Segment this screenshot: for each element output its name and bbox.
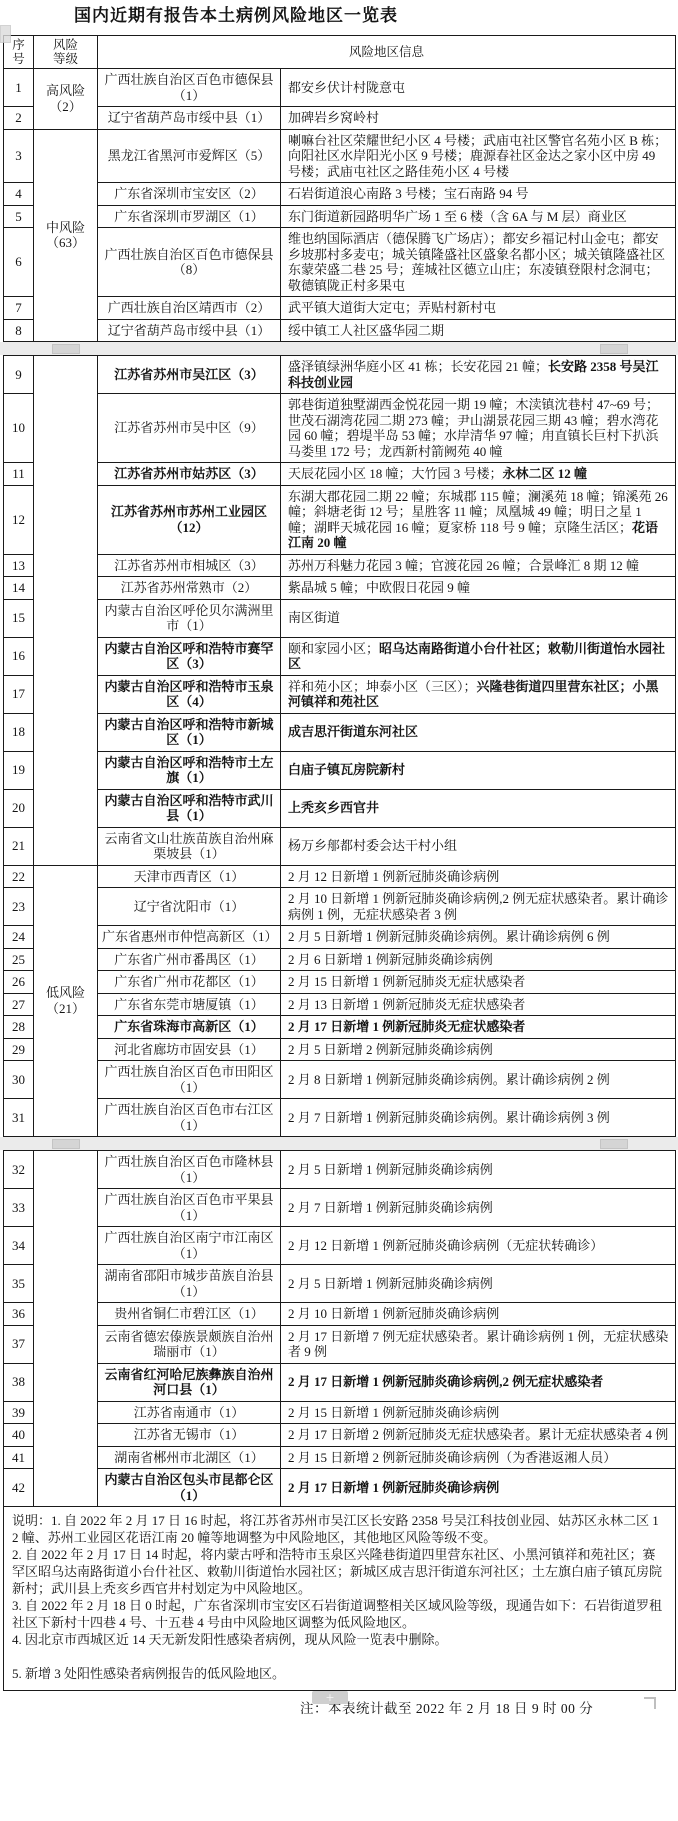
- info-text: 2 月 15 日新增 2 例新冠肺炎确诊病例（为香港返湘人员）: [288, 1450, 616, 1465]
- region-cell: 江苏省南通市（1）: [98, 1401, 281, 1424]
- row-number-cell: 9: [4, 356, 34, 394]
- info-text: 紫晶城 5 幢；中欧假日花园 9 幢: [288, 580, 470, 595]
- info-cell: 2 月 5 日新增 1 例新冠肺炎确诊病例: [281, 1265, 676, 1303]
- region-cell: 广西壮族自治区百色市田阳区（1）: [98, 1061, 281, 1099]
- info-cell: 2 月 17 日新增 1 例新冠肺炎确诊病例,2 例无症状感染者: [281, 1363, 676, 1401]
- risk-area-table: 序号风险等级风险地区信息1高风险（2）广西壮族自治区百色市德保县（1）都安乡伏计…: [0, 35, 678, 1691]
- info-text: 南区街道: [288, 610, 340, 625]
- row-number-cell: 5: [4, 205, 34, 228]
- region-cell: 黑龙江省黑河市爱辉区（5）: [98, 129, 281, 183]
- table-row: 26广东省广州市花都区（1）2 月 15 日新增 1 例新冠肺炎无症状感染者: [4, 971, 676, 994]
- page-title: 国内近期有报告本土病例风险地区一览表: [74, 5, 678, 27]
- note-line: 5. 新增 3 处阳性感染者病例报告的低风险地区。: [12, 1665, 665, 1682]
- note-line: 3. 自 2022 年 2 月 18 日 0 时起，广东省深圳市宝安区石岩街道调…: [12, 1597, 665, 1631]
- region-cell: 江苏省苏州市吴中区（9）: [98, 394, 281, 463]
- table-row: 35湖南省邵阳市城步苗族自治县（1）2 月 5 日新增 1 例新冠肺炎确诊病例: [4, 1265, 676, 1303]
- drag-handle-icon: [52, 1139, 80, 1149]
- info-cell: 2 月 7 日新增 1 例新冠肺炎确诊病例。累计确诊病例 3 例: [281, 1099, 676, 1137]
- info-cell: 白庙子镇瓦房院新村: [281, 751, 676, 789]
- risk-level-cell: 中风险（63）: [34, 129, 98, 342]
- table-row: 9江苏省苏州市吴江区（3）盛泽镇绿洲华庭小区 41 栋；长安花园 21 幢；长安…: [4, 356, 676, 394]
- row-number-cell: 10: [4, 394, 34, 463]
- row-number-cell: 13: [4, 554, 34, 577]
- notes-row: 说明：1. 自 2022 年 2 月 17 日 16 时起，将江苏省苏州市吴江区…: [4, 1507, 676, 1691]
- region-cell: 江苏省苏州市相城区（3）: [98, 554, 281, 577]
- info-text: 2 月 17 日新增 7 例无症状感染者。累计确诊病例 1 例，无症状感染者 9…: [288, 1329, 668, 1360]
- info-text: 2 月 12 日新增 1 例新冠肺炎确诊病例（无症状转确诊）: [288, 1238, 603, 1253]
- info-text-bold: 2 月 17 日新增 1 例新冠肺炎确诊病例,2 例无症状感染者: [288, 1374, 603, 1389]
- table-row: 33广西壮族自治区百色市平果县（1）2 月 7 日新增 1 例新冠肺炎确诊病例: [4, 1189, 676, 1227]
- info-text: 东门街道新园路明华广场 1 至 6 楼（含 6A 与 M 层）商业区: [288, 209, 627, 224]
- info-text: 2 月 17 日新增 2 例新冠肺炎无症状感染者。累计无症状感染者 4 例: [288, 1427, 668, 1442]
- table-row: 21云南省文山壮族苗族自治州麻栗坡县（1）杨万乡郍都村委会达干村小组: [4, 827, 676, 865]
- info-text: 加碑岩乡窝岭村: [288, 110, 379, 125]
- region-cell: 广东省深圳市罗湖区（1）: [98, 205, 281, 228]
- region-cell: 广西壮族自治区靖西市（2）: [98, 297, 281, 320]
- document-page: 国内近期有报告本土病例风险地区一览表 序号风险等级风险地区信息1高风险（2）广西…: [0, 5, 678, 1718]
- region-cell: 广东省惠州市仲恺高新区（1）: [98, 926, 281, 949]
- info-cell: 2 月 15 日新增 1 例新冠肺炎无症状感染者: [281, 971, 676, 994]
- drag-handle-icon: [600, 1139, 628, 1149]
- risk-table-section: 9江苏省苏州市吴江区（3）盛泽镇绿洲华庭小区 41 栋；长安花园 21 幢；长安…: [3, 355, 676, 1137]
- region-cell: 江苏省苏州市吴江区（3）: [98, 356, 281, 394]
- row-number-cell: 26: [4, 971, 34, 994]
- row-number-cell: 27: [4, 993, 34, 1016]
- info-text: 天辰花园小区 18 幢；大竹园 3 号楼；: [288, 466, 503, 481]
- table-row: 19内蒙古自治区呼和浩特市土左旗（1）白庙子镇瓦房院新村: [4, 751, 676, 789]
- region-cell: 辽宁省葫芦岛市绥中县（1）: [98, 107, 281, 130]
- info-text: 2 月 7 日新增 1 例新冠肺炎确诊病例。累计确诊病例 3 例: [288, 1110, 610, 1125]
- region-cell: 江苏省无锡市（1）: [98, 1424, 281, 1447]
- region-cell: 江苏省苏州常熟市（2）: [98, 577, 281, 600]
- info-text: 2 月 5 日新增 1 例新冠肺炎确诊病例。累计确诊病例 6 例: [288, 929, 610, 944]
- info-text: 喇嘛台社区荣耀世纪小区 4 号楼；武庙屯社区警官名苑小区 B 栋；向阳社区水岸阳…: [288, 133, 667, 179]
- table-row: 1高风险（2）广西壮族自治区百色市德保县（1）都安乡伏计村陇意屯: [4, 69, 676, 107]
- info-cell: 郭巷街道独墅湖西金悦花园一期 19 幢；木渎镇沈巷村 47~69 号；世茂石湖湾…: [281, 394, 676, 463]
- row-number-cell: 24: [4, 926, 34, 949]
- region-cell: 广东省广州市番禺区（1）: [98, 948, 281, 971]
- table-row: 16内蒙古自治区呼和浩特市赛罕区（3）颐和家园小区；昭乌达南路街道小台什社区；敕…: [4, 637, 676, 675]
- info-cell: 2 月 17 日新增 2 例新冠肺炎无症状感染者。累计无症状感染者 4 例: [281, 1424, 676, 1447]
- row-number-cell: 35: [4, 1265, 34, 1303]
- info-cell: 2 月 10 日新增 1 例新冠肺炎确诊病例,2 例无症状感染者。累计确诊病例 …: [281, 888, 676, 926]
- info-text: 2 月 12 日新增 1 例新冠肺炎确诊病例: [288, 869, 499, 884]
- row-number-cell: 31: [4, 1099, 34, 1137]
- table-row: 11江苏省苏州市姑苏区（3）天辰花园小区 18 幢；大竹园 3 号楼；永林二区 …: [4, 463, 676, 486]
- risk-table-section: 32广西壮族自治区百色市隆林县（1）2 月 5 日新增 1 例新冠肺炎确诊病例3…: [3, 1150, 676, 1691]
- row-number-cell: 29: [4, 1038, 34, 1061]
- row-number-cell: 3: [4, 129, 34, 183]
- region-cell: 内蒙古自治区呼和浩特市新城区（1）: [98, 713, 281, 751]
- table-row: 18内蒙古自治区呼和浩特市新城区（1）成吉思汗街道东河社区: [4, 713, 676, 751]
- table-row: 39江苏省南通市（1）2 月 15 日新增 1 例新冠肺炎确诊病例: [4, 1401, 676, 1424]
- plus-handle-icon: +: [312, 1691, 348, 1704]
- table-row: 14江苏省苏州常熟市（2）紫晶城 5 幢；中欧假日花园 9 幢: [4, 577, 676, 600]
- info-text: 维也纳国际酒店（德保腾飞广场店）；都安乡福记村山金屯；都安乡坡那村多麦屯；城关镇…: [288, 231, 665, 293]
- region-cell: 云南省文山壮族苗族自治州麻栗坡县（1）: [98, 827, 281, 865]
- table-row: 23辽宁省沈阳市（1）2 月 10 日新增 1 例新冠肺炎确诊病例,2 例无症状…: [4, 888, 676, 926]
- info-text: 武平镇大道街大定屯；弄贴村新村屯: [288, 300, 496, 315]
- info-text: 2 月 10 日新增 1 例新冠肺炎确诊病例: [288, 1306, 499, 1321]
- table-row: 28广东省珠海市高新区（1）2 月 17 日新增 1 例新冠肺炎无症状感染者: [4, 1016, 676, 1039]
- region-cell: 内蒙古自治区呼伦贝尔满洲里市（1）: [98, 599, 281, 637]
- info-cell: 紫晶城 5 幢；中欧假日花园 9 幢: [281, 577, 676, 600]
- table-row: 31广西壮族自治区百色市右江区（1）2 月 7 日新增 1 例新冠肺炎确诊病例。…: [4, 1099, 676, 1137]
- info-cell: 2 月 5 日新增 1 例新冠肺炎确诊病例。累计确诊病例 6 例: [281, 926, 676, 949]
- region-cell: 湖南省郴州市北湖区（1）: [98, 1446, 281, 1469]
- info-text: 杨万乡郍都村委会达干村小组: [288, 838, 457, 853]
- region-cell: 广东省东莞市塘厦镇（1）: [98, 993, 281, 1016]
- region-cell: 江苏省苏州市苏州工业园区（12）: [98, 485, 281, 554]
- column-header-risk-area-info: 风险地区信息: [98, 36, 676, 69]
- info-text: 都安乡伏计村陇意屯: [288, 80, 405, 95]
- info-text: 盛泽镇绿洲华庭小区 41 栋；长安花园 21 幢；: [288, 359, 548, 374]
- region-cell: 内蒙古自治区呼和浩特市武川县（1）: [98, 789, 281, 827]
- row-number-cell: 34: [4, 1227, 34, 1265]
- info-text-bold: 永林二区 12 幢: [503, 466, 588, 481]
- region-cell: 贵州省铜仁市碧江区（1）: [98, 1303, 281, 1326]
- row-number-cell: 42: [4, 1469, 34, 1507]
- row-number-cell: 37: [4, 1325, 34, 1363]
- region-cell: 天津市西青区（1）: [98, 865, 281, 888]
- info-cell: 喇嘛台社区荣耀世纪小区 4 号楼；武庙屯社区警官名苑小区 B 栋；向阳社区水岸阳…: [281, 129, 676, 183]
- info-cell: 成吉思汗街道东河社区: [281, 713, 676, 751]
- table-row: 12江苏省苏州市苏州工业园区（12）东湖大郡花园二期 22 幢；东城郡 115 …: [4, 485, 676, 554]
- info-text-bold: 上秃亥乡西官井: [288, 800, 379, 815]
- note-line: 4. 因北京市西城区近 14 天无新发阳性感染者病例，现从风险一览表中删除。: [12, 1631, 665, 1648]
- info-cell: 2 月 15 日新增 2 例新冠肺炎确诊病例（为香港返湘人员）: [281, 1446, 676, 1469]
- info-text: 2 月 15 日新增 1 例新冠肺炎无症状感染者: [288, 974, 525, 989]
- info-text-bold: 白庙子镇瓦房院新村: [288, 762, 405, 777]
- info-cell: 2 月 5 日新增 1 例新冠肺炎确诊病例: [281, 1151, 676, 1189]
- drag-handle-icon: [600, 344, 628, 354]
- table-row: 20内蒙古自治区呼和浩特市武川县（1）上秃亥乡西官井: [4, 789, 676, 827]
- info-cell: 2 月 12 日新增 1 例新冠肺炎确诊病例（无症状转确诊）: [281, 1227, 676, 1265]
- row-number-cell: 21: [4, 827, 34, 865]
- region-cell: 内蒙古自治区呼和浩特市赛罕区（3）: [98, 637, 281, 675]
- row-number-cell: 1: [4, 69, 34, 107]
- info-cell: 2 月 17 日新增 7 例无症状感染者。累计确诊病例 1 例，无症状感染者 9…: [281, 1325, 676, 1363]
- info-text: 2 月 5 日新增 1 例新冠肺炎确诊病例: [288, 1276, 493, 1291]
- info-cell: 绥中镇工人社区盛华园二期: [281, 319, 676, 342]
- region-cell: 内蒙古自治区包头市昆都仑区（1）: [98, 1469, 281, 1507]
- row-number-cell: 30: [4, 1061, 34, 1099]
- footer-row: + 注：本表统计截至 2022 年 2 月 18 日 9 时 00 分: [300, 1699, 660, 1718]
- table-row: 8辽宁省葫芦岛市绥中县（1）绥中镇工人社区盛华园二期: [4, 319, 676, 342]
- table-row: 24广东省惠州市仲恺高新区（1）2 月 5 日新增 1 例新冠肺炎确诊病例。累计…: [4, 926, 676, 949]
- table-row: 17内蒙古自治区呼和浩特市玉泉区（4）祥和苑小区；坤泰小区（三区）；兴隆巷街道四…: [4, 675, 676, 713]
- table-row: 36贵州省铜仁市碧江区（1）2 月 10 日新增 1 例新冠肺炎确诊病例: [4, 1303, 676, 1326]
- region-cell: 广西壮族自治区南宁市江南区（1）: [98, 1227, 281, 1265]
- info-text: 2 月 6 日新增 1 例新冠肺炎确诊病例: [288, 952, 493, 967]
- info-cell: 2 月 17 日新增 1 例新冠肺炎无症状感染者: [281, 1016, 676, 1039]
- region-cell: 湖南省邵阳市城步苗族自治县（1）: [98, 1265, 281, 1303]
- info-cell: 加碑岩乡窝岭村: [281, 107, 676, 130]
- table-row: 40江苏省无锡市（1）2 月 17 日新增 2 例新冠肺炎无症状感染者。累计无症…: [4, 1424, 676, 1447]
- info-text: 2 月 13 日新增 1 例新冠肺炎无症状感染者: [288, 997, 525, 1012]
- row-number-cell: 41: [4, 1446, 34, 1469]
- page-break-band: [0, 342, 678, 355]
- info-cell: 2 月 6 日新增 1 例新冠肺炎确诊病例: [281, 948, 676, 971]
- info-text: 祥和苑小区；坤泰小区（三区）；: [288, 679, 477, 694]
- page-break-band: [0, 1137, 678, 1150]
- row-number-cell: 17: [4, 675, 34, 713]
- region-cell: 广西壮族自治区百色市右江区（1）: [98, 1099, 281, 1137]
- info-cell: 2 月 17 日新增 1 例新冠肺炎确诊病例: [281, 1469, 676, 1507]
- region-cell: 广东省深圳市宝安区（2）: [98, 183, 281, 206]
- table-row: 10江苏省苏州市吴中区（9）郭巷街道独墅湖西金悦花园一期 19 幢；木渎镇沈巷村…: [4, 394, 676, 463]
- table-row: 25广东省广州市番禺区（1）2 月 6 日新增 1 例新冠肺炎确诊病例: [4, 948, 676, 971]
- region-cell: 广西壮族自治区百色市德保县（1）: [98, 69, 281, 107]
- row-number-cell: 14: [4, 577, 34, 600]
- table-row: 7广西壮族自治区靖西市（2）武平镇大道街大定屯；弄贴村新村屯: [4, 297, 676, 320]
- table-row: 38云南省红河哈尼族彝族自治州河口县（1）2 月 17 日新增 1 例新冠肺炎确…: [4, 1363, 676, 1401]
- table-row: 37云南省德宏傣族景颇族自治州瑞丽市（1）2 月 17 日新增 7 例无症状感染…: [4, 1325, 676, 1363]
- info-text: 2 月 15 日新增 1 例新冠肺炎确诊病例: [288, 1405, 499, 1420]
- row-number-cell: 33: [4, 1189, 34, 1227]
- row-number-cell: 2: [4, 107, 34, 130]
- table-row: 4广东省深圳市宝安区（2）石岩街道浪心南路 3 号楼；宝石南路 94 号: [4, 183, 676, 206]
- region-cell: 辽宁省葫芦岛市绥中县（1）: [98, 319, 281, 342]
- table-row: 34广西壮族自治区南宁市江南区（1）2 月 12 日新增 1 例新冠肺炎确诊病例…: [4, 1227, 676, 1265]
- info-text: 苏州万科魅力花园 3 幢；官渡花园 26 幢；合景峰汇 8 期 12 幢: [288, 558, 639, 573]
- row-number-cell: 36: [4, 1303, 34, 1326]
- row-number-cell: 23: [4, 888, 34, 926]
- row-number-cell: 15: [4, 599, 34, 637]
- row-number-cell: 25: [4, 948, 34, 971]
- info-cell: 东湖大郡花园二期 22 幢；东城郡 115 幢；澜溪苑 18 幢；锦溪苑 26 …: [281, 485, 676, 554]
- region-cell: 内蒙古自治区呼和浩特市玉泉区（4）: [98, 675, 281, 713]
- table-row: 29河北省廊坊市固安县（1）2 月 5 日新增 2 例新冠肺炎确诊病例: [4, 1038, 676, 1061]
- row-number-cell: 4: [4, 183, 34, 206]
- info-cell: 杨万乡郍都村委会达干村小组: [281, 827, 676, 865]
- row-number-cell: 19: [4, 751, 34, 789]
- table-row: 15内蒙古自治区呼伦贝尔满洲里市（1）南区街道: [4, 599, 676, 637]
- info-text: 绥中镇工人社区盛华园二期: [288, 323, 444, 338]
- row-number-cell: 18: [4, 713, 34, 751]
- region-cell: 云南省德宏傣族景颇族自治州瑞丽市（1）: [98, 1325, 281, 1363]
- info-cell: 2 月 13 日新增 1 例新冠肺炎无症状感染者: [281, 993, 676, 1016]
- info-cell: 2 月 12 日新增 1 例新冠肺炎确诊病例: [281, 865, 676, 888]
- info-cell: 石岩街道浪心南路 3 号楼；宝石南路 94 号: [281, 183, 676, 206]
- info-text-bold: 2 月 17 日新增 1 例新冠肺炎确诊病例: [288, 1480, 499, 1495]
- region-cell: 广东省珠海市高新区（1）: [98, 1016, 281, 1039]
- row-number-cell: 38: [4, 1363, 34, 1401]
- info-cell: 2 月 5 日新增 2 例新冠肺炎确诊病例: [281, 1038, 676, 1061]
- info-text: 2 月 5 日新增 2 例新冠肺炎确诊病例: [288, 1042, 493, 1057]
- info-text-bold: 2 月 17 日新增 1 例新冠肺炎无症状感染者: [288, 1019, 525, 1034]
- table-row: 3中风险（63）黑龙江省黑河市爱辉区（5）喇嘛台社区荣耀世纪小区 4 号楼；武庙…: [4, 129, 676, 183]
- header-row: 序号风险等级风险地区信息: [4, 36, 676, 69]
- info-cell: 苏州万科魅力花园 3 幢；官渡花园 26 幢；合景峰汇 8 期 12 幢: [281, 554, 676, 577]
- row-number-cell: 6: [4, 228, 34, 297]
- info-cell: 武平镇大道街大定屯；弄贴村新村屯: [281, 297, 676, 320]
- info-text: 颐和家园小区；: [288, 641, 379, 656]
- info-cell: 2 月 15 日新增 1 例新冠肺炎确诊病例: [281, 1401, 676, 1424]
- table-row: 30广西壮族自治区百色市田阳区（1）2 月 8 日新增 1 例新冠肺炎确诊病例。…: [4, 1061, 676, 1099]
- info-cell: 天辰花园小区 18 幢；大竹园 3 号楼；永林二区 12 幢: [281, 463, 676, 486]
- risk-table-section: 序号风险等级风险地区信息1高风险（2）广西壮族自治区百色市德保县（1）都安乡伏计…: [3, 35, 676, 342]
- column-header-risk-level: 风险等级: [34, 36, 98, 69]
- note-line: 2. 自 2022 年 2 月 17 日 14 时起，将内蒙古呼和浩特市玉泉区兴…: [12, 1546, 665, 1597]
- region-cell: 河北省廊坊市固安县（1）: [98, 1038, 281, 1061]
- region-cell: 广西壮族自治区百色市德保县（8）: [98, 228, 281, 297]
- table-row: 32广西壮族自治区百色市隆林县（1）2 月 5 日新增 1 例新冠肺炎确诊病例: [4, 1151, 676, 1189]
- row-number-cell: 7: [4, 297, 34, 320]
- table-row: 41湖南省郴州市北湖区（1）2 月 15 日新增 2 例新冠肺炎确诊病例（为香港…: [4, 1446, 676, 1469]
- notes-cell: 说明：1. 自 2022 年 2 月 17 日 16 时起，将江苏省苏州市吴江区…: [4, 1507, 676, 1691]
- info-cell: 盛泽镇绿洲华庭小区 41 栋；长安花园 21 幢；长安路 2358 号吴江科技创…: [281, 356, 676, 394]
- info-text: 2 月 10 日新增 1 例新冠肺炎确诊病例,2 例无症状感染者。累计确诊病例 …: [288, 891, 668, 922]
- info-cell: 上秃亥乡西官井: [281, 789, 676, 827]
- row-number-cell: 39: [4, 1401, 34, 1424]
- info-text-bold: 成吉思汗街道东河社区: [288, 724, 418, 739]
- info-cell: 维也纳国际酒店（德保腾飞广场店）；都安乡福记村山金屯；都安乡坡那村多麦屯；城关镇…: [281, 228, 676, 297]
- row-number-cell: 22: [4, 865, 34, 888]
- row-number-cell: 20: [4, 789, 34, 827]
- table-row: 5广东省深圳市罗湖区（1）东门街道新园路明华广场 1 至 6 楼（含 6A 与 …: [4, 205, 676, 228]
- region-cell: 广东省广州市花都区（1）: [98, 971, 281, 994]
- object-anchor-icon: [0, 25, 11, 43]
- row-number-cell: 40: [4, 1424, 34, 1447]
- risk-level-cell: [34, 356, 98, 866]
- risk-level-cell: 高风险（2）: [34, 69, 98, 130]
- info-cell: 2 月 8 日新增 1 例新冠肺炎确诊病例。累计确诊病例 2 例: [281, 1061, 676, 1099]
- info-text: 2 月 8 日新增 1 例新冠肺炎确诊病例。累计确诊病例 2 例: [288, 1072, 610, 1087]
- region-cell: 辽宁省沈阳市（1）: [98, 888, 281, 926]
- info-cell: 祥和苑小区；坤泰小区（三区）；兴隆巷街道四里营东社区；小黑河镇祥和苑社区: [281, 675, 676, 713]
- risk-level-cell: [34, 1151, 98, 1507]
- region-cell: 内蒙古自治区呼和浩特市土左旗（1）: [98, 751, 281, 789]
- info-text: 2 月 7 日新增 1 例新冠肺炎确诊病例: [288, 1200, 493, 1215]
- note-line: 说明：1. 自 2022 年 2 月 17 日 16 时起，将江苏省苏州市吴江区…: [12, 1512, 665, 1546]
- statistics-cutoff-note: 注：本表统计截至 2022 年 2 月 18 日 9 时 00 分: [300, 1699, 660, 1718]
- table-row: 13江苏省苏州市相城区（3）苏州万科魅力花园 3 幢；官渡花园 26 幢；合景峰…: [4, 554, 676, 577]
- info-cell: 2 月 7 日新增 1 例新冠肺炎确诊病例: [281, 1189, 676, 1227]
- info-cell: 东门街道新园路明华广场 1 至 6 楼（含 6A 与 M 层）商业区: [281, 205, 676, 228]
- drag-handle-icon: [52, 344, 80, 354]
- risk-level-cell: 低风险（21）: [34, 865, 98, 1137]
- row-number-cell: 11: [4, 463, 34, 486]
- row-number-cell: 16: [4, 637, 34, 675]
- region-cell: 广西壮族自治区百色市平果县（1）: [98, 1189, 281, 1227]
- row-number-cell: 8: [4, 319, 34, 342]
- table-row: 42内蒙古自治区包头市昆都仑区（1）2 月 17 日新增 1 例新冠肺炎确诊病例: [4, 1469, 676, 1507]
- region-cell: 江苏省苏州市姑苏区（3）: [98, 463, 281, 486]
- info-cell: 南区街道: [281, 599, 676, 637]
- info-cell: 2 月 10 日新增 1 例新冠肺炎确诊病例: [281, 1303, 676, 1326]
- info-text: 2 月 5 日新增 1 例新冠肺炎确诊病例: [288, 1162, 493, 1177]
- region-cell: 广西壮族自治区百色市隆林县（1）: [98, 1151, 281, 1189]
- row-number-cell: 12: [4, 485, 34, 554]
- table-row: 2辽宁省葫芦岛市绥中县（1）加碑岩乡窝岭村: [4, 107, 676, 130]
- corner-handle-icon: [644, 1697, 656, 1709]
- info-text: 石岩街道浪心南路 3 号楼；宝石南路 94 号: [288, 186, 529, 201]
- row-number-cell: 28: [4, 1016, 34, 1039]
- region-cell: 云南省红河哈尼族彝族自治州河口县（1）: [98, 1363, 281, 1401]
- table-row: 22低风险（21）天津市西青区（1）2 月 12 日新增 1 例新冠肺炎确诊病例: [4, 865, 676, 888]
- table-row: 6广西壮族自治区百色市德保县（8）维也纳国际酒店（德保腾飞广场店）；都安乡福记村…: [4, 228, 676, 297]
- table-row: 27广东省东莞市塘厦镇（1）2 月 13 日新增 1 例新冠肺炎无症状感染者: [4, 993, 676, 1016]
- info-cell: 颐和家园小区；昭乌达南路街道小台什社区；敕勒川街道怡水园社区: [281, 637, 676, 675]
- row-number-cell: 32: [4, 1151, 34, 1189]
- info-text: 郭巷街道独墅湖西金悦花园一期 19 幢；木渎镇沈巷村 47~69 号；世茂石湖湾…: [288, 397, 659, 459]
- info-text: 东湖大郡花园二期 22 幢；东城郡 115 幢；澜溪苑 18 幢；锦溪苑 26 …: [288, 489, 668, 535]
- info-cell: 都安乡伏计村陇意屯: [281, 69, 676, 107]
